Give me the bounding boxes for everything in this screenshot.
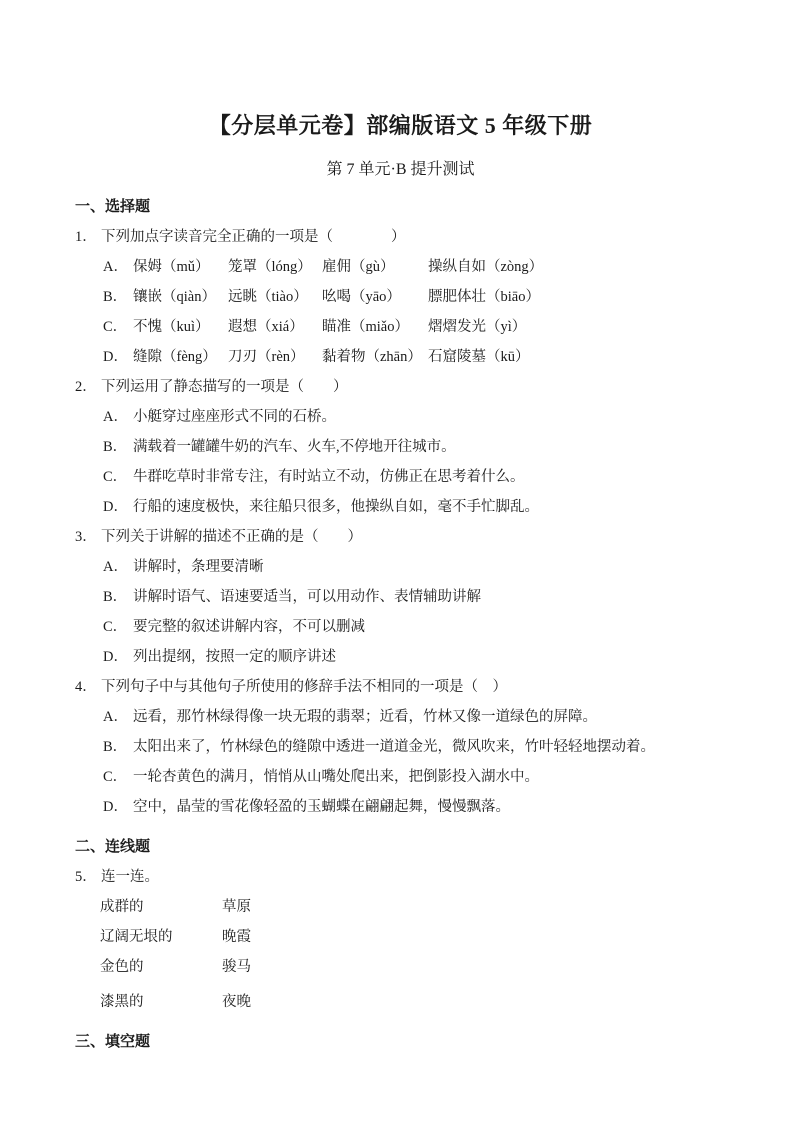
match-left: 漆黑的	[100, 987, 222, 1017]
question-stem: 下列句子中与其他句子所使用的修辞手法不相同的一项是（ ）	[101, 672, 726, 702]
option-label: B．	[103, 282, 133, 312]
option-row-d: D． 缝隙（fèng） 刀刃（rèn） 黏着物（zhān） 石窟陵墓（kū）	[103, 342, 726, 372]
option-text: 一轮杏黄色的满月，悄悄从山嘴处爬出来，把倒影投入湖水中。	[133, 762, 726, 792]
question-stem: 下列运用了静态描写的一项是（ ）	[101, 372, 726, 402]
question-4: 4． 下列句子中与其他句子所使用的修辞手法不相同的一项是（ ） A． 远看，那竹…	[75, 672, 726, 822]
option-row-c: C． 要完整的叙述讲解内容，不可以删减	[103, 612, 726, 642]
document-subtitle: 第 7 单元·B 提升测试	[75, 158, 726, 182]
option-item: 保姆（mǔ）	[133, 252, 228, 282]
question-1: 1． 下列加点字读音完全正确的一项是（ ） A． 保姆（mǔ） 笼罩（lóng）…	[75, 222, 726, 372]
question-stem: 连一连。	[101, 862, 726, 892]
match-row: 辽阔无垠的 晚霞	[100, 922, 726, 952]
match-row: 漆黑的 夜晚	[100, 987, 726, 1017]
option-row-c: C． 牛群吃草时非常专注，有时站立不动，仿佛正在思考着什么。	[103, 462, 726, 492]
match-row: 金色的 骏马	[100, 952, 726, 982]
option-label: B．	[103, 582, 133, 612]
match-left: 金色的	[100, 952, 222, 982]
option-item: 远眺（tiào）	[228, 282, 322, 312]
option-item: 雇佣（gù）	[322, 252, 428, 282]
option-label: B．	[103, 432, 133, 462]
match-right: 骏马	[222, 952, 251, 982]
option-item: 不愧（kuì）	[133, 312, 228, 342]
option-row-b: B． 满载着一罐罐牛奶的汽车、火车,不停地开往城市。	[103, 432, 726, 462]
option-label: C．	[103, 312, 133, 342]
question-stem: 下列关于讲解的描述不正确的是（ ）	[101, 522, 726, 552]
option-row-d: D． 行船的速度极快，来往船只很多，他操纵自如，毫不手忙脚乱。	[103, 492, 726, 522]
option-label: A．	[103, 552, 133, 582]
option-item: 刀刃（rèn）	[228, 342, 322, 372]
match-left: 辽阔无垠的	[100, 922, 222, 952]
option-label: C．	[103, 612, 133, 642]
option-text: 太阳出来了，竹林绿色的缝隙中透进一道道金光，微风吹来，竹叶轻轻地摆动着。	[133, 732, 726, 762]
question-1-options: A． 保姆（mǔ） 笼罩（lóng） 雇佣（gù） 操纵自如（zòng） B． …	[75, 252, 726, 372]
option-text: 列出提纲，按照一定的顺序讲述	[133, 642, 726, 672]
option-text: 讲解时语气、语速要适当，可以用动作、表情辅助讲解	[133, 582, 726, 612]
option-item: 遐想（xiá）	[228, 312, 322, 342]
option-item: 吆喝（yāo）	[322, 282, 428, 312]
matching-pairs: 成群的 草原 辽阔无垠的 晚霞 金色的 骏马 漆黑的 夜晚	[75, 892, 726, 1017]
option-row-a: A． 小艇穿过座座形式不同的石桥。	[103, 402, 726, 432]
option-label: D．	[103, 492, 133, 522]
question-number: 4．	[75, 672, 101, 702]
question-2: 2． 下列运用了静态描写的一项是（ ） A． 小艇穿过座座形式不同的石桥。 B．…	[75, 372, 726, 522]
question-2-options: A． 小艇穿过座座形式不同的石桥。 B． 满载着一罐罐牛奶的汽车、火车,不停地开…	[75, 402, 726, 522]
option-row-d: D． 空中，晶莹的雪花像轻盈的玉蝴蝶在翩翩起舞，慢慢飘落。	[103, 792, 726, 822]
document-title: 【分层单元卷】部编版语文 5 年级下册	[75, 110, 726, 142]
option-row-d: D． 列出提纲，按照一定的顺序讲述	[103, 642, 726, 672]
option-text: 满载着一罐罐牛奶的汽车、火车,不停地开往城市。	[133, 432, 726, 462]
option-label: C．	[103, 762, 133, 792]
option-text: 空中，晶莹的雪花像轻盈的玉蝴蝶在翩翩起舞，慢慢飘落。	[133, 792, 726, 822]
question-3-options: A． 讲解时，条理要清晰 B． 讲解时语气、语速要适当，可以用动作、表情辅助讲解…	[75, 552, 726, 672]
question-stem: 下列加点字读音完全正确的一项是（ ）	[101, 222, 726, 252]
option-text: 牛群吃草时非常专注，有时站立不动，仿佛正在思考着什么。	[133, 462, 726, 492]
option-text: 行船的速度极快，来往船只很多，他操纵自如，毫不手忙脚乱。	[133, 492, 726, 522]
option-label: D．	[103, 792, 133, 822]
option-label: A．	[103, 702, 133, 732]
option-item: 缝隙（fèng）	[133, 342, 228, 372]
option-item: 熠熠发光（yì）	[428, 312, 726, 342]
option-row-b: B． 镶嵌（qiàn） 远眺（tiào） 吆喝（yāo） 膘肥体壮（biāo）	[103, 282, 726, 312]
section-heading-matching: 二、连线题	[75, 832, 726, 862]
question-number: 1．	[75, 222, 101, 252]
option-row-c: C． 一轮杏黄色的满月，悄悄从山嘴处爬出来，把倒影投入湖水中。	[103, 762, 726, 792]
match-row: 成群的 草原	[100, 892, 726, 922]
option-item: 瞄准（miǎo）	[322, 312, 428, 342]
section-heading-choice: 一、选择题	[75, 192, 726, 222]
question-4-options: A． 远看，那竹林绿得像一块无瑕的翡翠；近看，竹林又像一道绿色的屏障。 B． 太…	[75, 702, 726, 822]
option-row-b: B． 太阳出来了，竹林绿色的缝隙中透进一道道金光，微风吹来，竹叶轻轻地摆动着。	[103, 732, 726, 762]
option-text: 远看，那竹林绿得像一块无瑕的翡翠；近看，竹林又像一道绿色的屏障。	[133, 702, 726, 732]
option-item: 膘肥体壮（biāo）	[428, 282, 726, 312]
match-right: 夜晚	[222, 987, 251, 1017]
option-item: 操纵自如（zòng）	[428, 252, 726, 282]
question-number: 5．	[75, 862, 101, 892]
option-label: A．	[103, 252, 133, 282]
section-heading-fill-blank: 三、填空题	[75, 1027, 726, 1057]
question-5: 5． 连一连。 成群的 草原 辽阔无垠的 晚霞 金色的 骏马 漆黑的 夜晚	[75, 862, 726, 1017]
option-row-c: C． 不愧（kuì） 遐想（xiá） 瞄准（miǎo） 熠熠发光（yì）	[103, 312, 726, 342]
match-right: 草原	[222, 892, 251, 922]
option-text: 要完整的叙述讲解内容，不可以删减	[133, 612, 726, 642]
question-3: 3． 下列关于讲解的描述不正确的是（ ） A． 讲解时，条理要清晰 B． 讲解时…	[75, 522, 726, 672]
option-label: D．	[103, 342, 133, 372]
option-label: B．	[103, 732, 133, 762]
option-text: 小艇穿过座座形式不同的石桥。	[133, 402, 726, 432]
option-label: D．	[103, 642, 133, 672]
option-text: 讲解时，条理要清晰	[133, 552, 726, 582]
question-number: 2．	[75, 372, 101, 402]
option-row-a: A． 讲解时，条理要清晰	[103, 552, 726, 582]
document-page: 【分层单元卷】部编版语文 5 年级下册 第 7 单元·B 提升测试 一、选择题 …	[0, 0, 794, 1123]
option-label: A．	[103, 402, 133, 432]
option-item: 笼罩（lóng）	[228, 252, 322, 282]
option-row-a: A． 保姆（mǔ） 笼罩（lóng） 雇佣（gù） 操纵自如（zòng）	[103, 252, 726, 282]
option-item: 黏着物（zhān）	[322, 342, 428, 372]
option-item: 石窟陵墓（kū）	[428, 342, 726, 372]
option-label: C．	[103, 462, 133, 492]
match-left: 成群的	[100, 892, 222, 922]
question-number: 3．	[75, 522, 101, 552]
option-row-a: A． 远看，那竹林绿得像一块无瑕的翡翠；近看，竹林又像一道绿色的屏障。	[103, 702, 726, 732]
option-row-b: B． 讲解时语气、语速要适当，可以用动作、表情辅助讲解	[103, 582, 726, 612]
match-right: 晚霞	[222, 922, 251, 952]
option-item: 镶嵌（qiàn）	[133, 282, 228, 312]
